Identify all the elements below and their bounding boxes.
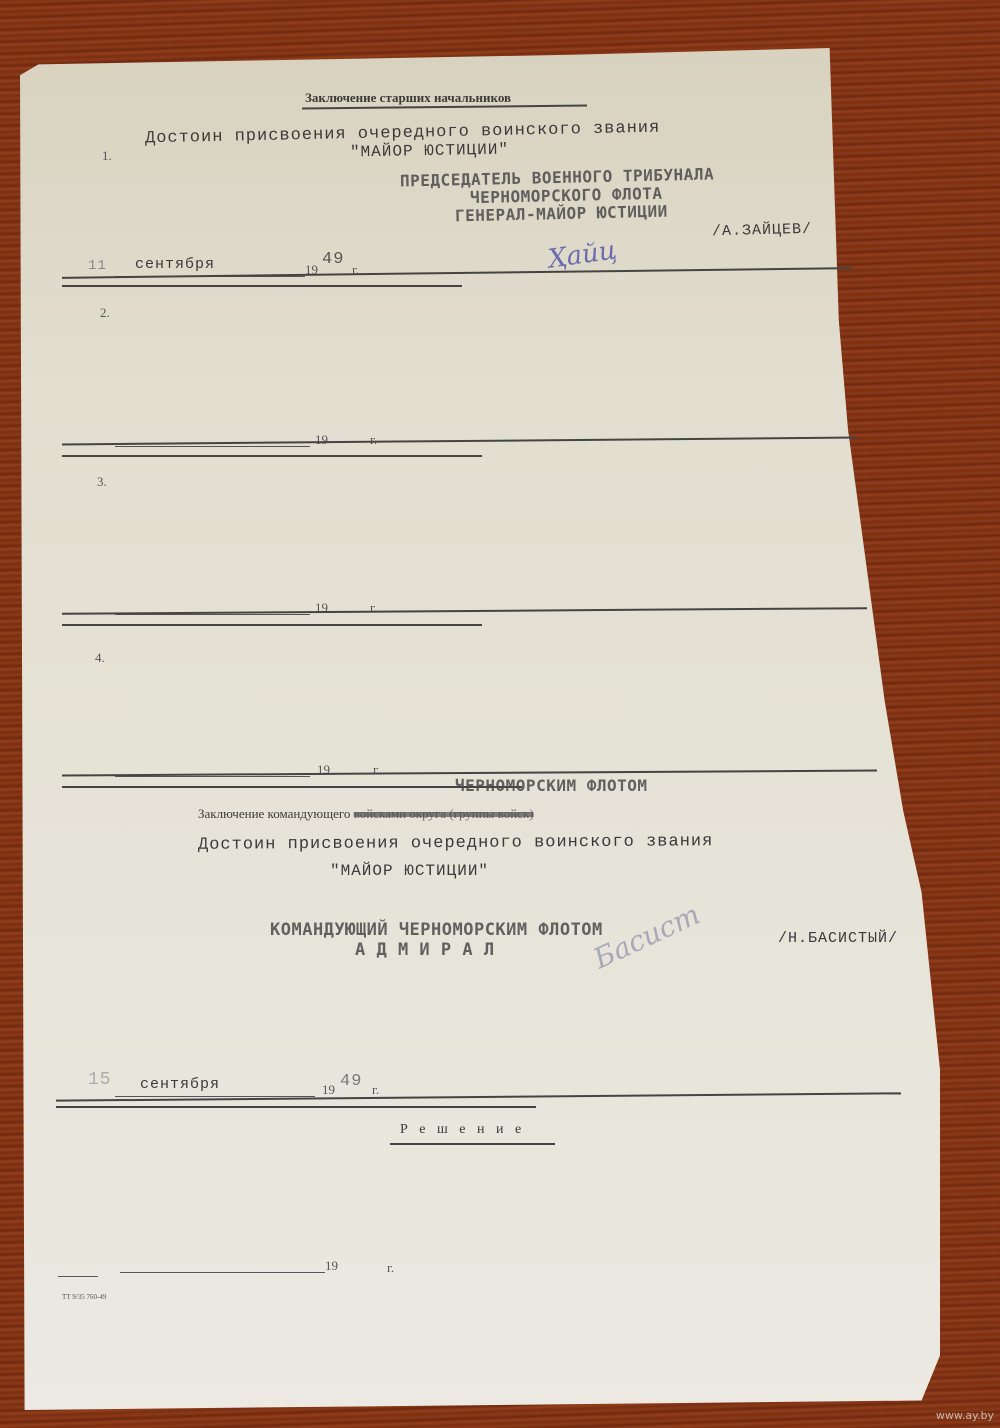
entry-4-date-year-unit: г. [373, 762, 380, 778]
commander-stamp-title: КОМАНДУЮЩИЙ ЧЕРНОМОРСКИМ ФЛОТОМ [270, 920, 603, 940]
separator [62, 285, 462, 287]
entry-1-date-month: сентября [135, 256, 215, 273]
entry-4-date-year-prefix: 19 [317, 762, 330, 778]
decision-date-year-unit: г. [387, 1260, 394, 1276]
separator [62, 455, 482, 457]
separator [56, 1106, 536, 1108]
commander-date-month: сентября [140, 1076, 220, 1093]
entry-3-date-year-unit: г. [370, 600, 377, 616]
entry-1-date-day: 11 [88, 258, 107, 274]
watermark: www.ay.by [936, 1409, 994, 1422]
commander-date-year-unit: г. [372, 1082, 379, 1098]
decision-heading: Р е ш е н и е [400, 1122, 525, 1138]
commander-rank: "МАЙОР ЮСТИЦИИ" [330, 862, 489, 880]
date-line [120, 1272, 325, 1273]
commander-heading: Заключение командующего войсками округа … [198, 806, 534, 822]
entry-3-number: 3. [97, 474, 107, 490]
commander-conclusion: Достоин присвоения очередного воинского … [198, 832, 713, 855]
footer-code: ТТ 9/35 760-49 [62, 1293, 106, 1301]
separator [62, 786, 522, 788]
entry-1-date-year-unit: г. [352, 262, 359, 278]
commander-stamp-rank: А Д М И Р А Л [355, 940, 495, 960]
commander-overtyped-unit: ЧЕРНОМОРСКИМ ФЛОТОМ [455, 776, 648, 795]
date-line [115, 776, 310, 777]
commander-heading-struck: войсками округа (группы войск) [354, 806, 534, 821]
commander-heading-prefix: Заключение командующего [198, 806, 350, 821]
entry-1-signer: /А.ЗАЙЦЕВ/ [712, 221, 812, 241]
commander-date-day: 15 [88, 1070, 112, 1090]
entry-1-number: 1. [102, 148, 112, 164]
entry-3-date-year-prefix: 19 [315, 600, 328, 616]
commander-date-year-prefix: 19 [322, 1082, 335, 1098]
section-heading: Заключение старших начальников [305, 90, 511, 106]
entry-1-date-year-suffix: 49 [322, 250, 344, 269]
separator [62, 624, 482, 626]
date-line [58, 1276, 98, 1277]
entry-2-number: 2. [100, 305, 110, 321]
entry-2-date-year-prefix: 19 [315, 432, 328, 448]
date-line [115, 446, 310, 447]
decision-date-year-prefix: 19 [325, 1258, 338, 1274]
document-sheet [20, 48, 940, 1410]
commander-signer: /Н.БАСИСТЫЙ/ [778, 930, 898, 947]
entry-4-number: 4. [95, 650, 105, 666]
entry-1-rank: "МАЙОР ЮСТИЦИИ" [350, 141, 509, 162]
commander-date-year-suffix: 49 [340, 1072, 362, 1091]
decision-underline [390, 1143, 555, 1145]
